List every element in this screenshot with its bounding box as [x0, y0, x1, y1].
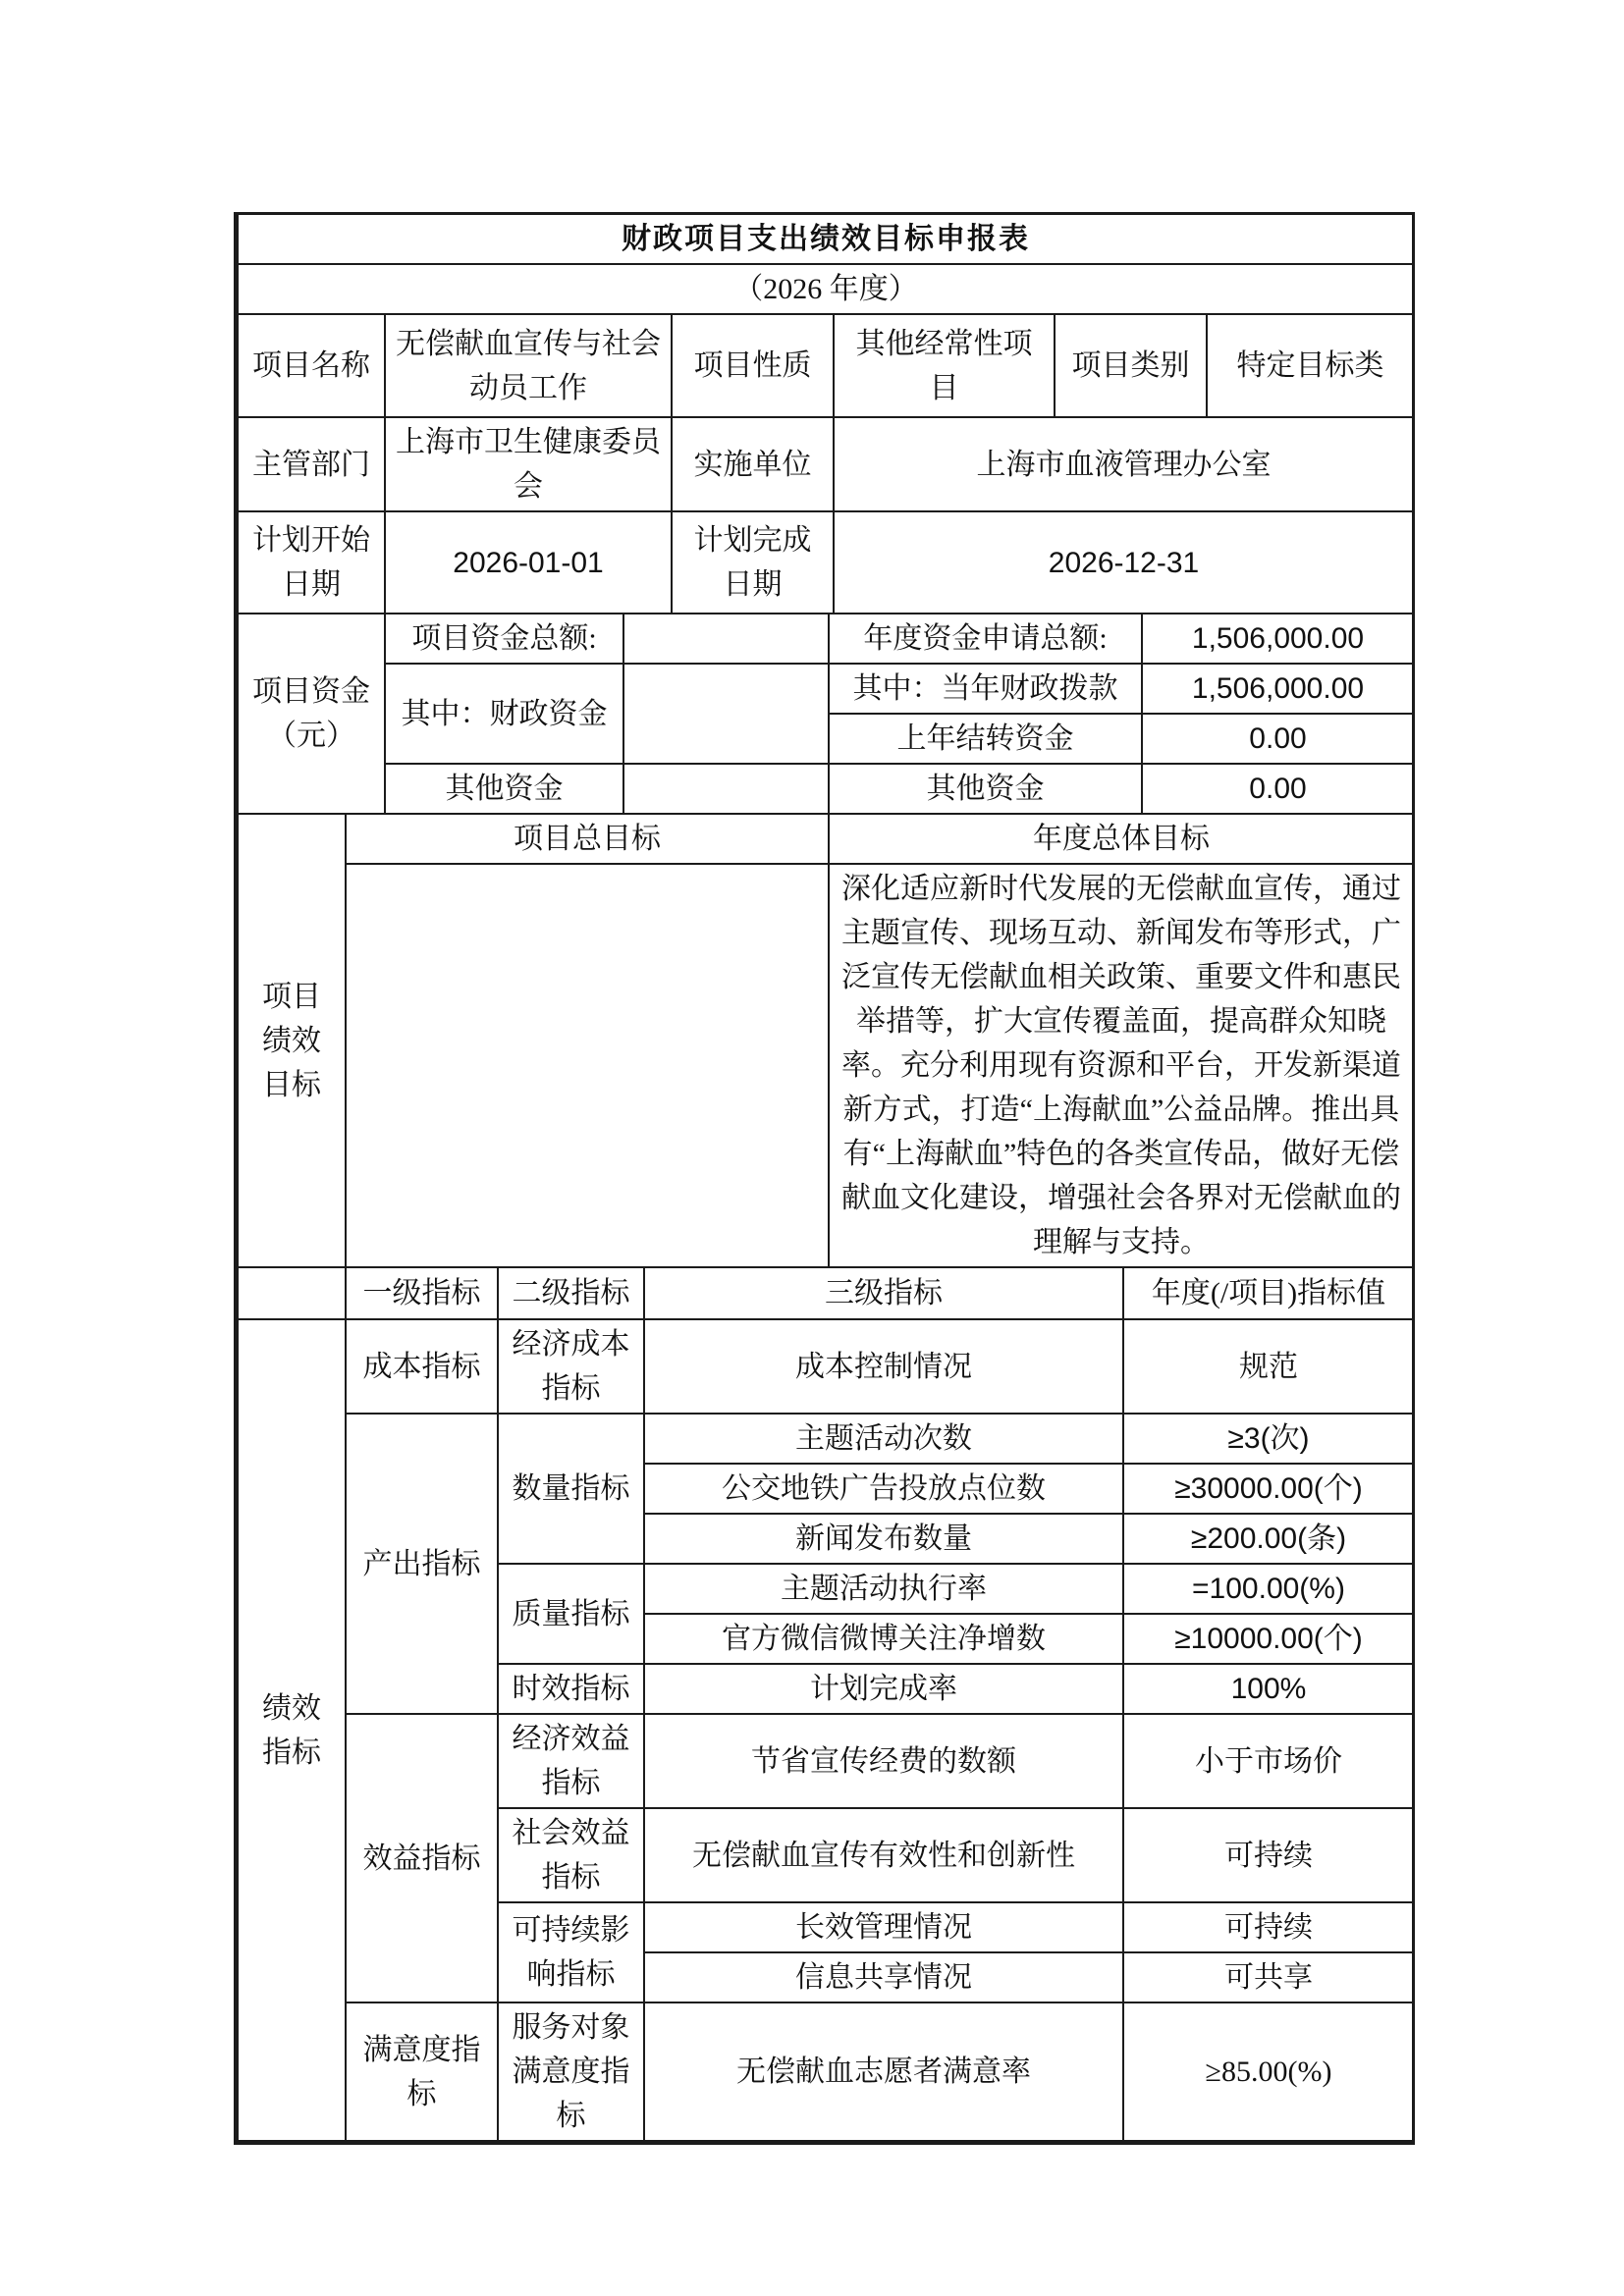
- department-value: 上海市卫生健康委员会: [385, 417, 672, 511]
- basic-info-table: 项目名称 无偿献血宣传与社会动员工作 项目性质 其他经常性项目 项目类别 特定目…: [237, 315, 1413, 614]
- level3-indicator: 新闻发布数量: [644, 1514, 1123, 1564]
- form-year-subtitle: （2026 年度）: [238, 264, 1413, 314]
- other-funds-right-value: 0.00: [1142, 764, 1413, 814]
- other-funds-right-label: 其他资金: [829, 764, 1142, 814]
- title-table: 财政项目支出绩效目标申报表 （2026 年度）: [237, 215, 1413, 315]
- funding-total-value: [623, 614, 829, 664]
- level2-indicator: 服务对象满意度指标: [498, 2002, 644, 2141]
- project-category-label: 项目类别: [1055, 315, 1207, 417]
- level3-indicator: 长效管理情况: [644, 1902, 1123, 1952]
- level3-indicator: 公交地铁广告投放点位数: [644, 1464, 1123, 1514]
- indicators-header-level1: 一级指标: [346, 1268, 498, 1319]
- indicator-value: 可共享: [1123, 1952, 1413, 2002]
- indicator-value: ≥30000.00(个): [1123, 1464, 1413, 1514]
- indicator-value: ≥85.00(%): [1123, 2002, 1413, 2141]
- indicator-row: 效益指标 经济效益指标 节省宣传经费的数额 小于市场价: [238, 1714, 1413, 1808]
- indicators-header-value: 年度(/项目)指标值: [1123, 1268, 1413, 1319]
- level2-indicator: 数量指标: [498, 1414, 644, 1564]
- level3-indicator: 计划完成率: [644, 1664, 1123, 1714]
- carryover-label: 上年结转资金: [829, 714, 1142, 764]
- indicator-value: 可持续: [1123, 1902, 1413, 1952]
- current-year-appropriation-value: 1,506,000.00: [1142, 664, 1413, 714]
- indicators-table: 一级指标 二级指标 三级指标 年度(/项目)指标值 绩效 指标 成本指标 经济成…: [237, 1268, 1413, 2142]
- plan-end-value: 2026-12-31: [834, 511, 1413, 614]
- funding-label-line: （元）: [246, 714, 376, 758]
- indicator-value: 100%: [1123, 1664, 1413, 1714]
- indicator-value: 规范: [1123, 1319, 1413, 1414]
- annual-goal-text: 深化适应新时代发展的无偿献血宣传，通过主题宣传、现场互动、新闻发布等形式，广泛宣…: [829, 864, 1413, 1267]
- level3-indicator: 信息共享情况: [644, 1952, 1123, 2002]
- indicators-header-corner: [238, 1268, 346, 1319]
- level1-indicator: 满意度指标: [346, 2002, 498, 2141]
- funding-label-line: 项目资金: [246, 669, 376, 714]
- fiscal-funds-label: 其中：财政资金: [385, 664, 623, 764]
- level2-indicator: 社会效益指标: [498, 1808, 644, 1902]
- goals-section-label: 项目 绩效 目标: [238, 815, 346, 1267]
- indicator-value: ≥10000.00(个): [1123, 1614, 1413, 1664]
- indicator-value: ≥3(次): [1123, 1414, 1413, 1464]
- implementing-unit-value: 上海市血液管理办公室: [834, 417, 1413, 511]
- declaration-form: 财政项目支出绩效目标申报表 （2026 年度） 项目名称 无偿献血宣传与社会动员…: [234, 212, 1415, 2145]
- indicators-label-line: 绩效: [246, 1686, 337, 1731]
- plan-start-label: 计划开始日期: [238, 511, 385, 614]
- indicators-label-line: 指标: [246, 1731, 337, 1775]
- level2-indicator: 时效指标: [498, 1664, 644, 1714]
- funding-total-label: 项目资金总额:: [385, 614, 623, 664]
- indicator-row: 产出指标 数量指标 主题活动次数 ≥3(次): [238, 1414, 1413, 1464]
- annual-request-label: 年度资金申请总额:: [829, 614, 1142, 664]
- project-nature-label: 项目性质: [672, 315, 834, 417]
- current-year-appropriation-label: 其中：当年财政拨款: [829, 664, 1142, 714]
- plan-end-label: 计划完成日期: [672, 511, 834, 614]
- fiscal-funds-value: [623, 664, 829, 764]
- goals-table: 项目 绩效 目标 项目总目标 年度总体目标 深化适应新时代发展的无偿献血宣传，通…: [237, 815, 1413, 1268]
- level3-indicator: 主题活动次数: [644, 1414, 1123, 1464]
- level2-indicator: 经济成本指标: [498, 1319, 644, 1414]
- overall-goal-text: [346, 864, 829, 1267]
- level3-indicator: 无偿献血志愿者满意率: [644, 2002, 1123, 2141]
- project-category-value: 特定目标类: [1207, 315, 1413, 417]
- level3-indicator: 节省宣传经费的数额: [644, 1714, 1123, 1808]
- annual-request-value: 1,506,000.00: [1142, 614, 1413, 664]
- funding-section-label: 项目资金 （元）: [238, 614, 385, 814]
- other-funds-label: 其他资金: [385, 764, 623, 814]
- level1-indicator: 效益指标: [346, 1714, 498, 2002]
- level1-indicator: 产出指标: [346, 1414, 498, 1714]
- project-name-label: 项目名称: [238, 315, 385, 417]
- project-nature-value: 其他经常性项目: [834, 315, 1055, 417]
- implementing-unit-label: 实施单位: [672, 417, 834, 511]
- level3-indicator: 成本控制情况: [644, 1319, 1123, 1414]
- level2-indicator: 经济效益指标: [498, 1714, 644, 1808]
- scanned-document-page: { "form": { "title": "财政项目支出绩效目标申报表", "s…: [0, 0, 1624, 2296]
- annual-goal-header: 年度总体目标: [829, 815, 1413, 864]
- level3-indicator: 官方微信微博关注净增数: [644, 1614, 1123, 1664]
- indicators-header-level3: 三级指标: [644, 1268, 1123, 1319]
- indicators-header-level2: 二级指标: [498, 1268, 644, 1319]
- other-funds-value: [623, 764, 829, 814]
- carryover-value: 0.00: [1142, 714, 1413, 764]
- indicator-value: =100.00(%): [1123, 1564, 1413, 1614]
- indicator-value: 小于市场价: [1123, 1714, 1413, 1808]
- project-name-value: 无偿献血宣传与社会动员工作: [385, 315, 672, 417]
- level3-indicator: 无偿献血宣传有效性和创新性: [644, 1808, 1123, 1902]
- indicator-value: 可持续: [1123, 1808, 1413, 1902]
- goals-label-line: 目标: [246, 1063, 337, 1107]
- level2-indicator: 质量指标: [498, 1564, 644, 1664]
- goals-label-line: 绩效: [246, 1019, 337, 1063]
- level1-indicator: 成本指标: [346, 1319, 498, 1414]
- goals-label-line: 项目: [246, 975, 337, 1019]
- funding-table: 项目资金 （元） 项目资金总额: 年度资金申请总额: 1,506,000.00 …: [237, 614, 1413, 815]
- level3-indicator: 主题活动执行率: [644, 1564, 1123, 1614]
- plan-start-value: 2026-01-01: [385, 511, 672, 614]
- form-title: 财政项目支出绩效目标申报表: [238, 215, 1413, 264]
- indicator-row: 满意度指标 服务对象满意度指标 无偿献血志愿者满意率 ≥85.00(%): [238, 2002, 1413, 2141]
- indicator-row: 绩效 指标 成本指标 经济成本指标 成本控制情况 规范: [238, 1319, 1413, 1414]
- overall-goal-header: 项目总目标: [346, 815, 829, 864]
- indicator-value: ≥200.00(条): [1123, 1514, 1413, 1564]
- level2-indicator: 可持续影响指标: [498, 1902, 644, 2002]
- department-label: 主管部门: [238, 417, 385, 511]
- indicators-section-label: 绩效 指标: [238, 1319, 346, 2141]
